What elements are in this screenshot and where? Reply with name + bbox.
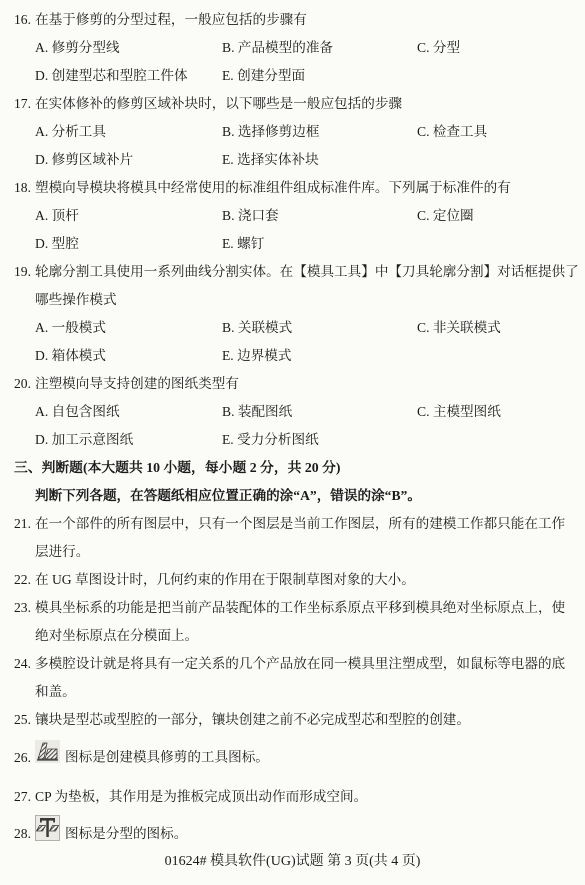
question-22: 22.在 UG 草图设计时，几何约束的作用在于限制草图对象的大小。 <box>14 566 583 594</box>
options-row: A. 自包含图纸 B. 装配图纸 C. 主模型图纸 <box>14 398 583 426</box>
question-stem: 16.在基于修剪的分型过程，一般应包括的步骤有 <box>14 6 583 34</box>
options-row: D. 箱体模式 E. 边界模式 <box>14 342 583 370</box>
question-stem: 19.轮廓分割工具使用一系列曲线分割实体。在【模具工具】中【刀具轮廓分割】对话框… <box>14 258 583 314</box>
option-d: D. 型腔 <box>35 230 222 258</box>
option-e: E. 选择实体补块 <box>222 146 417 174</box>
option-c: C. 分型 <box>417 34 583 62</box>
section-heading: 三、判断题(本大题共 10 小题，每小题 2 分，共 20 分) <box>14 454 583 482</box>
options-row: A. 一般模式 B. 关联模式 C. 非关联模式 <box>14 314 583 342</box>
options-row: D. 创建型芯和型腔工件体 E. 创建分型面 <box>14 62 583 90</box>
option-d: D. 加工示意图纸 <box>35 426 222 454</box>
option-b: B. 产品模型的准备 <box>222 34 417 62</box>
option-b: B. 装配图纸 <box>222 398 417 426</box>
question-number: 20. <box>14 370 35 398</box>
option-e: E. 边界模式 <box>222 342 417 370</box>
option-b: B. 选择修剪边框 <box>222 118 417 146</box>
option-b: B. 关联模式 <box>222 314 417 342</box>
question-text: 轮廓分割工具使用一系列曲线分割实体。在【模具工具】中【刀具轮廓分割】对话框提供了… <box>35 264 579 307</box>
options-row: D. 修剪区域补片 E. 选择实体补块 <box>14 146 583 174</box>
question-18: 18.塑模向导模块将模具中经常使用的标准组件组成标准件库。下列属于标准件的有 A… <box>14 174 583 258</box>
question-text: 图标是分型的图标。 <box>65 826 187 841</box>
option-a: A. 一般模式 <box>35 314 222 342</box>
question-text: 在一个部件的所有图层中，只有一个图层是当前工作图层，所有的建模工作都只能在工作 … <box>35 516 565 559</box>
question-text: 在 UG 草图设计时，几何约束的作用在于限制草图对象的大小。 <box>35 572 415 587</box>
question-20: 20.注塑模向导支持创建的图纸类型有 A. 自包含图纸 B. 装配图纸 C. 主… <box>14 370 583 454</box>
question-21: 21.在一个部件的所有图层中，只有一个图层是当前工作图层，所有的建模工作都只能在… <box>14 510 583 566</box>
option-c: C. 定位圈 <box>417 202 583 230</box>
question-number: 25. <box>14 706 35 734</box>
question-text: 在基于修剪的分型过程，一般应包括的步骤有 <box>35 12 307 27</box>
question-text: 注塑模向导支持创建的图纸类型有 <box>35 376 239 391</box>
question-number: 27. <box>14 783 35 811</box>
question-text: 塑模向导模块将模具中经常使用的标准组件组成标准件库。下列属于标准件的有 <box>35 180 511 195</box>
question-text: 模具坐标系的功能是把当前产品装配体的工作坐标系原点平移到模具绝对坐标原点上，使 … <box>35 600 565 643</box>
question-text: CP 为垫板，其作用是为推板完成顶出动作而形成空间。 <box>35 789 367 804</box>
question-23: 23.模具坐标系的功能是把当前产品装配体的工作坐标系原点平移到模具绝对坐标原点上… <box>14 594 583 650</box>
question-stem: 17.在实体修补的修剪区域补块时，以下哪些是一般应包括的步骤 <box>14 90 583 118</box>
option-b: B. 浇口套 <box>222 202 417 230</box>
question-stem: 18.塑模向导模块将模具中经常使用的标准组件组成标准件库。下列属于标准件的有 <box>14 174 583 202</box>
options-row: A. 顶杆 B. 浇口套 C. 定位圈 <box>14 202 583 230</box>
option-c: C. 主模型图纸 <box>417 398 583 426</box>
section-instruction: 判断下列各题，在答题纸相应位置正确的涂“A”，错误的涂“B”。 <box>14 482 583 510</box>
option-d: D. 创建型芯和型腔工件体 <box>35 62 222 90</box>
option-a: A. 自包含图纸 <box>35 398 222 426</box>
exam-page: 16.在基于修剪的分型过程，一般应包括的步骤有 A. 修剪分型线 B. 产品模型… <box>0 0 585 855</box>
question-28: 28.图标是分型的图标。 <box>14 815 583 855</box>
option-e: E. 受力分析图纸 <box>222 426 417 454</box>
question-16: 16.在基于修剪的分型过程，一般应包括的步骤有 A. 修剪分型线 B. 产品模型… <box>14 6 583 90</box>
question-number: 24. <box>14 650 35 678</box>
option-d: D. 修剪区域补片 <box>35 146 222 174</box>
question-text: 图标是创建模具修剪的工具图标。 <box>65 750 269 765</box>
question-number: 16. <box>14 6 35 34</box>
question-text: 镶块是型芯或型腔的一部分，镶块创建之前不必完成型芯和型腔的创建。 <box>35 712 470 727</box>
question-text: 多模腔设计就是将具有一定关系的几个产品放在同一模具里注塑成型，如鼠标等电器的底 … <box>35 656 565 699</box>
option-a: A. 修剪分型线 <box>35 34 222 62</box>
question-stem: 20.注塑模向导支持创建的图纸类型有 <box>14 370 583 398</box>
option-d: D. 箱体模式 <box>35 342 222 370</box>
option-e: E. 螺钉 <box>222 230 417 258</box>
option-a: A. 顶杆 <box>35 202 222 230</box>
question-24: 24.多模腔设计就是将具有一定关系的几个产品放在同一模具里注塑成型，如鼠标等电器… <box>14 650 583 706</box>
mold-trim-tool-icon <box>35 740 60 775</box>
question-number: 18. <box>14 174 35 202</box>
question-25: 25.镶块是型芯或型腔的一部分，镶块创建之前不必完成型芯和型腔的创建。 <box>14 706 583 734</box>
question-19: 19.轮廓分割工具使用一系列曲线分割实体。在【模具工具】中【刀具轮廓分割】对话框… <box>14 258 583 370</box>
question-26: 26.图标是创建模具修剪的工具图标。 <box>14 740 583 777</box>
options-row: D. 加工示意图纸 E. 受力分析图纸 <box>14 426 583 454</box>
option-c: C. 非关联模式 <box>417 314 583 342</box>
question-number: 22. <box>14 566 35 594</box>
question-text: 在实体修补的修剪区域补块时，以下哪些是一般应包括的步骤 <box>35 96 402 111</box>
parting-icon <box>35 815 60 853</box>
question-number: 19. <box>14 258 35 286</box>
options-row: D. 型腔 E. 螺钉 <box>14 230 583 258</box>
question-number: 26. <box>14 742 35 774</box>
question-number: 28. <box>14 818 35 850</box>
question-number: 23. <box>14 594 35 622</box>
page-footer: 01624# 模具软件(UG)试题 第 3 页(共 4 页) <box>0 852 585 872</box>
option-a: A. 分析工具 <box>35 118 222 146</box>
options-row: A. 修剪分型线 B. 产品模型的准备 C. 分型 <box>14 34 583 62</box>
question-number: 21. <box>14 510 35 538</box>
option-e: E. 创建分型面 <box>222 62 417 90</box>
question-number: 17. <box>14 90 35 118</box>
question-27: 27.CP 为垫板，其作用是为推板完成顶出动作而形成空间。 <box>14 783 583 811</box>
option-c: C. 检查工具 <box>417 118 583 146</box>
options-row: A. 分析工具 B. 选择修剪边框 C. 检查工具 <box>14 118 583 146</box>
question-17: 17.在实体修补的修剪区域补块时，以下哪些是一般应包括的步骤 A. 分析工具 B… <box>14 90 583 174</box>
